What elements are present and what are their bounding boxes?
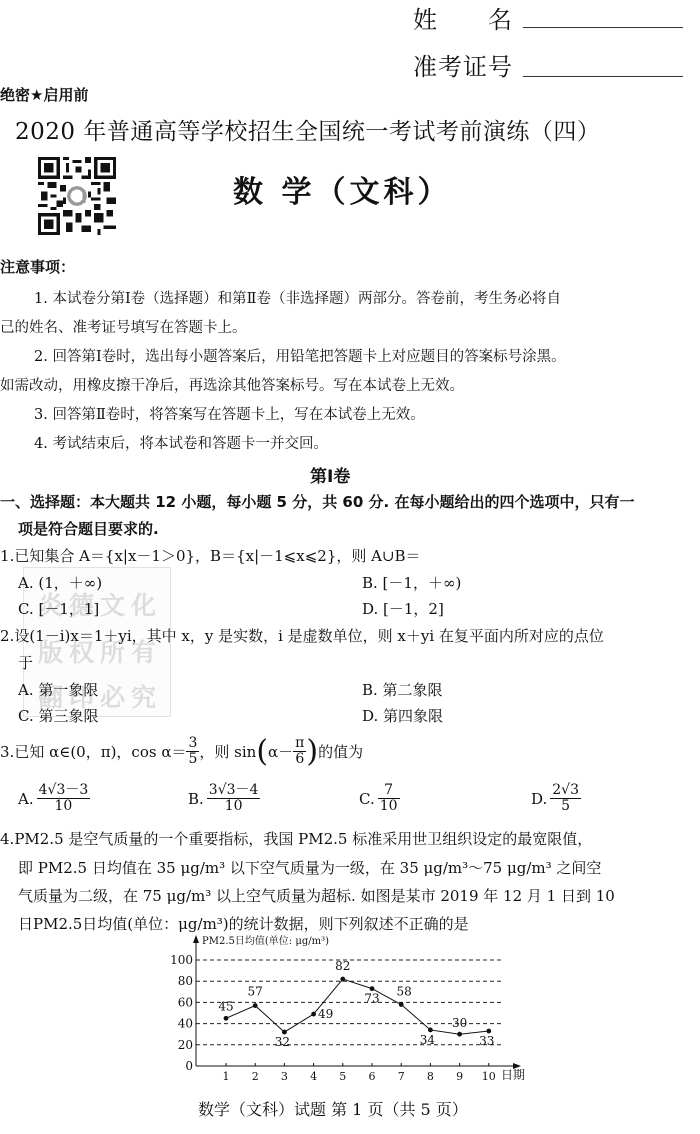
question-2: 2.设(1－i)x＝1＋yi，其中 x，y 是实数，i 是虚数单位，则 x＋yi… [0,625,604,646]
question-3-stem-suffix: 的值为 [318,741,363,762]
pm25-line-chart: 020406080100 12345678910 455732498273583… [170,932,530,1082]
svg-text:82: 82 [335,959,350,973]
svg-text:57: 57 [248,985,263,999]
volume-title: 第Ⅰ卷 [310,462,350,487]
chart-x-axis-label: 日期 [501,1067,525,1082]
svg-text:6: 6 [369,1070,376,1082]
svg-text:100: 100 [170,953,193,967]
q1-option-c[interactable]: C. [－1，1] [18,598,99,619]
q2-option-b[interactable]: B. 第二象限 [362,679,443,700]
q3-option-c[interactable]: C. 710 [359,783,400,815]
question-2-stem-line2: 于 [18,652,33,673]
svg-text:1: 1 [223,1070,230,1082]
exam-id-label: 准考证号 [413,47,513,82]
svg-text:33: 33 [479,1034,494,1048]
q3-option-b[interactable]: B. 3√3－410 [188,783,260,815]
section-title-line1: 一、选择题：本大题共 12 小题，每小题 5 分，共 60 分. 在每小题给出的… [0,491,634,512]
q3-option-d-fraction: 2√35 [550,783,581,815]
question-3-stem-mid: ，则 sin [199,741,256,762]
q2-option-c[interactable]: C. 第三象限 [18,705,98,726]
secret-mark: 绝密★启用前 [0,84,88,105]
q3-option-c-fraction: 710 [378,783,400,815]
q1-option-b[interactable]: B. [－1，＋∞) [362,572,461,593]
exam-title: 2020 年普通高等学校招生全国统一考试考前演练（四） [15,113,600,146]
question-2-number: 2. [0,627,14,645]
question-1: 1.已知集合 A＝{x|x－1＞0}，B＝{x|－1⩽x⩽2}，则 A∪B＝ [0,545,421,566]
svg-text:8: 8 [427,1070,434,1082]
q1-option-a[interactable]: A. (1，＋∞) [18,572,102,593]
q3-option-b-fraction: 3√3－410 [207,783,261,815]
svg-text:9: 9 [456,1070,463,1082]
section-title-line2: 项是符合题目要求的. [18,518,159,539]
chart-y-axis-label: PM2.5日均值(单位: μg/m³) [202,934,329,947]
svg-text:7: 7 [398,1070,405,1082]
name-input-line[interactable] [523,27,683,28]
notice-item-1-line1: 1. 本试卷分第Ⅰ卷（选择题）和第Ⅱ卷（非选择题）两部分。答卷前，考生务必将自 [34,287,561,308]
name-label: 姓 名 [413,0,513,35]
page-footer: 数学（文科）试题 第 1 页（共 5 页） [198,1097,468,1120]
notice-item-2-line2: 如需改动，用橡皮擦干净后，再选涂其他答案标号。写在本试卷上无效。 [0,374,464,395]
svg-text:73: 73 [364,992,379,1006]
chart-data-labels: 45573249827358343033 [218,959,494,1049]
svg-text:49: 49 [318,1007,333,1021]
question-3-stem-prefix: 已知 α∈(0，π)，cos α＝ [14,741,186,762]
question-2-stem-line1: 设(1－i)x＝1＋yi，其中 x，y 是实数，i 是虚数单位，则 x＋yi 在… [14,627,604,645]
q3-option-a[interactable]: A. 4√3－310 [18,783,90,815]
question-1-number: 1. [0,547,14,565]
q1-option-d[interactable]: D. [－1，2] [362,598,444,619]
svg-text:5: 5 [339,1070,346,1082]
svg-text:45: 45 [218,999,233,1013]
question-3: 3. 已知 α∈(0，π)，cos α＝ 35 ，则 sin ( α－ π6 )… [0,736,363,768]
question-4-number: 4. [0,830,14,848]
notice-item-3: 3. 回答第Ⅱ卷时，将答案写在答题卡上，写在本试卷上无效。 [34,403,425,424]
svg-text:40: 40 [178,1017,193,1031]
svg-text:0: 0 [185,1059,193,1073]
qr-code-icon [37,157,117,235]
q3-option-d[interactable]: D. 2√35 [531,783,581,815]
svg-text:30: 30 [452,1016,467,1030]
svg-text:60: 60 [178,995,193,1009]
q3-option-a-fraction: 4√3－310 [37,783,91,815]
sin-fraction: π6 [293,736,306,768]
svg-text:2: 2 [252,1070,259,1082]
svg-text:20: 20 [178,1038,193,1052]
question-3-number: 3. [0,743,14,761]
notice-item-2-line1: 2. 回答第Ⅰ卷时，选出每小题答案后，用铅笔把答题卡上对应题目的答案标号涂黑。 [34,345,566,366]
notice-item-4: 4. 考试结束后，将本试卷和答题卡一并交回。 [34,432,328,453]
svg-text:58: 58 [397,985,412,999]
question-4-line1: 4.PM2.5 是空气质量的一个重要指标，我国 PM2.5 标准采用世卫组织设定… [0,828,592,849]
svg-text:80: 80 [178,974,193,988]
question-4-line4: 日PM2.5日均值(单位：μg/m³)的统计数据，则下列叙述不正确的是 [18,913,469,934]
question-4-line2: 即 PM2.5 日均值在 35 μg/m³ 以下空气质量为一级，在 35 μg/… [18,857,601,878]
question-1-stem: 已知集合 A＝{x|x－1＞0}，B＝{x|－1⩽x⩽2}，则 A∪B＝ [14,547,420,565]
subject-title: 数 学（文科） [233,167,451,211]
svg-text:4: 4 [310,1070,317,1082]
left-paren: ( [256,737,268,767]
exam-id-input-line[interactable] [523,76,683,77]
q2-option-d[interactable]: D. 第四象限 [362,705,443,726]
svg-text:3: 3 [281,1070,288,1082]
svg-text:34: 34 [420,1033,436,1047]
notice-item-1-line2: 己的姓名、准考证号填写在答题卡上。 [0,316,247,337]
question-4-line3: 气质量为二级，在 75 μg/m³ 以上空气质量为超标. 如图是某市 2019 … [18,885,615,906]
q2-option-a[interactable]: A. 第一象限 [18,679,98,700]
chart-y-ticks: 020406080100 [170,953,193,1073]
svg-text:32: 32 [275,1035,290,1049]
svg-text:10: 10 [482,1070,496,1082]
right-paren: ) [306,737,318,767]
notice-heading: 注意事项： [0,256,75,277]
cos-fraction: 35 [186,736,199,768]
sin-arg-prefix: α－ [268,741,293,762]
